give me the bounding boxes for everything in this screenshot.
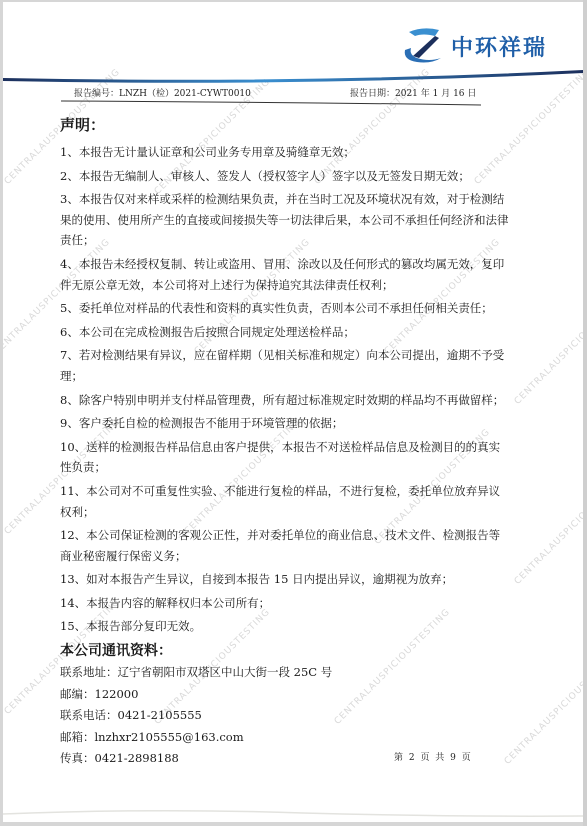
- page-number: 第 2 页 共 9 页: [394, 750, 472, 763]
- declaration-item: 8、除客户特别申明并支付样品管理费，所有超过标准规定时效期的样品均不再做留样；: [60, 390, 510, 411]
- footer-curve: [3, 808, 583, 822]
- contact-phone: 联系电话：0421-2105555: [60, 705, 510, 727]
- document-page: CENTRALAUSPICIOUSTESTING CENTRALAUSPICIO…: [3, 2, 583, 822]
- declaration-item: 12、本公司保证检测的客观公正性，并对委托单位的商业信息、技术文件、检测报告等商…: [60, 525, 510, 566]
- logo-z-icon: [401, 24, 445, 68]
- watermark: CENTRALAUSPICIOUSTESTING: [513, 287, 583, 407]
- declaration-item: 3、本报告仅对来样或采样的检测结果负责，并在当时工况及环境状况有效，对于检测结果…: [60, 189, 510, 251]
- watermark: CENTRALAUSPICIOUSTESTING: [513, 467, 583, 587]
- contact-postcode: 邮编：122000: [60, 684, 510, 706]
- declaration-item: 13、如对本报告产生异议，自接到本报告 15 日内提出异议，逾期视为放弃；: [60, 569, 510, 590]
- report-number: 报告编号：LNZH（检）2021-CYWT0010: [74, 86, 251, 99]
- declaration-item: 7、若对检测结果有异议，应在留样期（见相关标准和规定）向本公司提出，逾期不予受理…: [60, 345, 510, 386]
- report-date: 报告日期：2021 年 1 月 16 日: [350, 86, 476, 99]
- declaration-item: 11、本公司对不可重复性实验、不能进行复检的样品，不进行复检，委托单位放弃异议权…: [60, 481, 510, 522]
- page-edge-shadow: [583, 0, 587, 826]
- declaration-item: 2、本报告无编制人、审核人、签发人（授权签字人）签字以及无签发日期无效；: [60, 166, 510, 187]
- declaration-item: 14、本报告内容的解释权归本公司所有；: [60, 593, 510, 614]
- declaration-list: 1、本报告无计量认证章和公司业务专用章及骑缝章无效； 2、本报告无编制人、审核人…: [60, 142, 510, 637]
- header-underline: [61, 100, 481, 106]
- declaration-item: 5、委托单位对样品的代表性和资料的真实性负责，否则本公司不承担任何相关责任；: [60, 298, 510, 319]
- contact-email: 邮箱：lnzhxr2105555@163.com: [60, 727, 510, 749]
- company-logo: 中环祥瑞: [401, 24, 571, 68]
- watermark: CENTRALAUSPICIOUSTESTING: [503, 647, 583, 767]
- document-body: 声明： 1、本报告无计量认证章和公司业务专用章及骑缝章无效； 2、本报告无编制人…: [60, 114, 510, 770]
- declaration-item: 1、本报告无计量认证章和公司业务专用章及骑缝章无效；: [60, 142, 510, 163]
- declaration-item: 15、本报告部分复印无效。: [60, 616, 510, 637]
- contact-title: 本公司通讯资料：: [60, 640, 510, 662]
- contact-address: 联系地址：辽宁省朝阳市双塔区中山大街一段 25C 号: [60, 662, 510, 684]
- declaration-item: 10、送样的检测报告样品信息由客户提供，本报告不对送检样品信息及检测目的的真实性…: [60, 437, 510, 478]
- declaration-item: 6、本公司在完成检测报告后按照合同规定处理送检样品；: [60, 322, 510, 343]
- declaration-item: 4、本报告未经授权复制、转让或盗用、冒用、涂改以及任何形式的篡改均属无效，复印件…: [60, 254, 510, 295]
- declaration-title: 声明：: [60, 114, 510, 136]
- declaration-item: 9、客户委托自检的检测报告不能用于环境管理的依据；: [60, 413, 510, 434]
- logo-text: 中环祥瑞: [451, 31, 547, 62]
